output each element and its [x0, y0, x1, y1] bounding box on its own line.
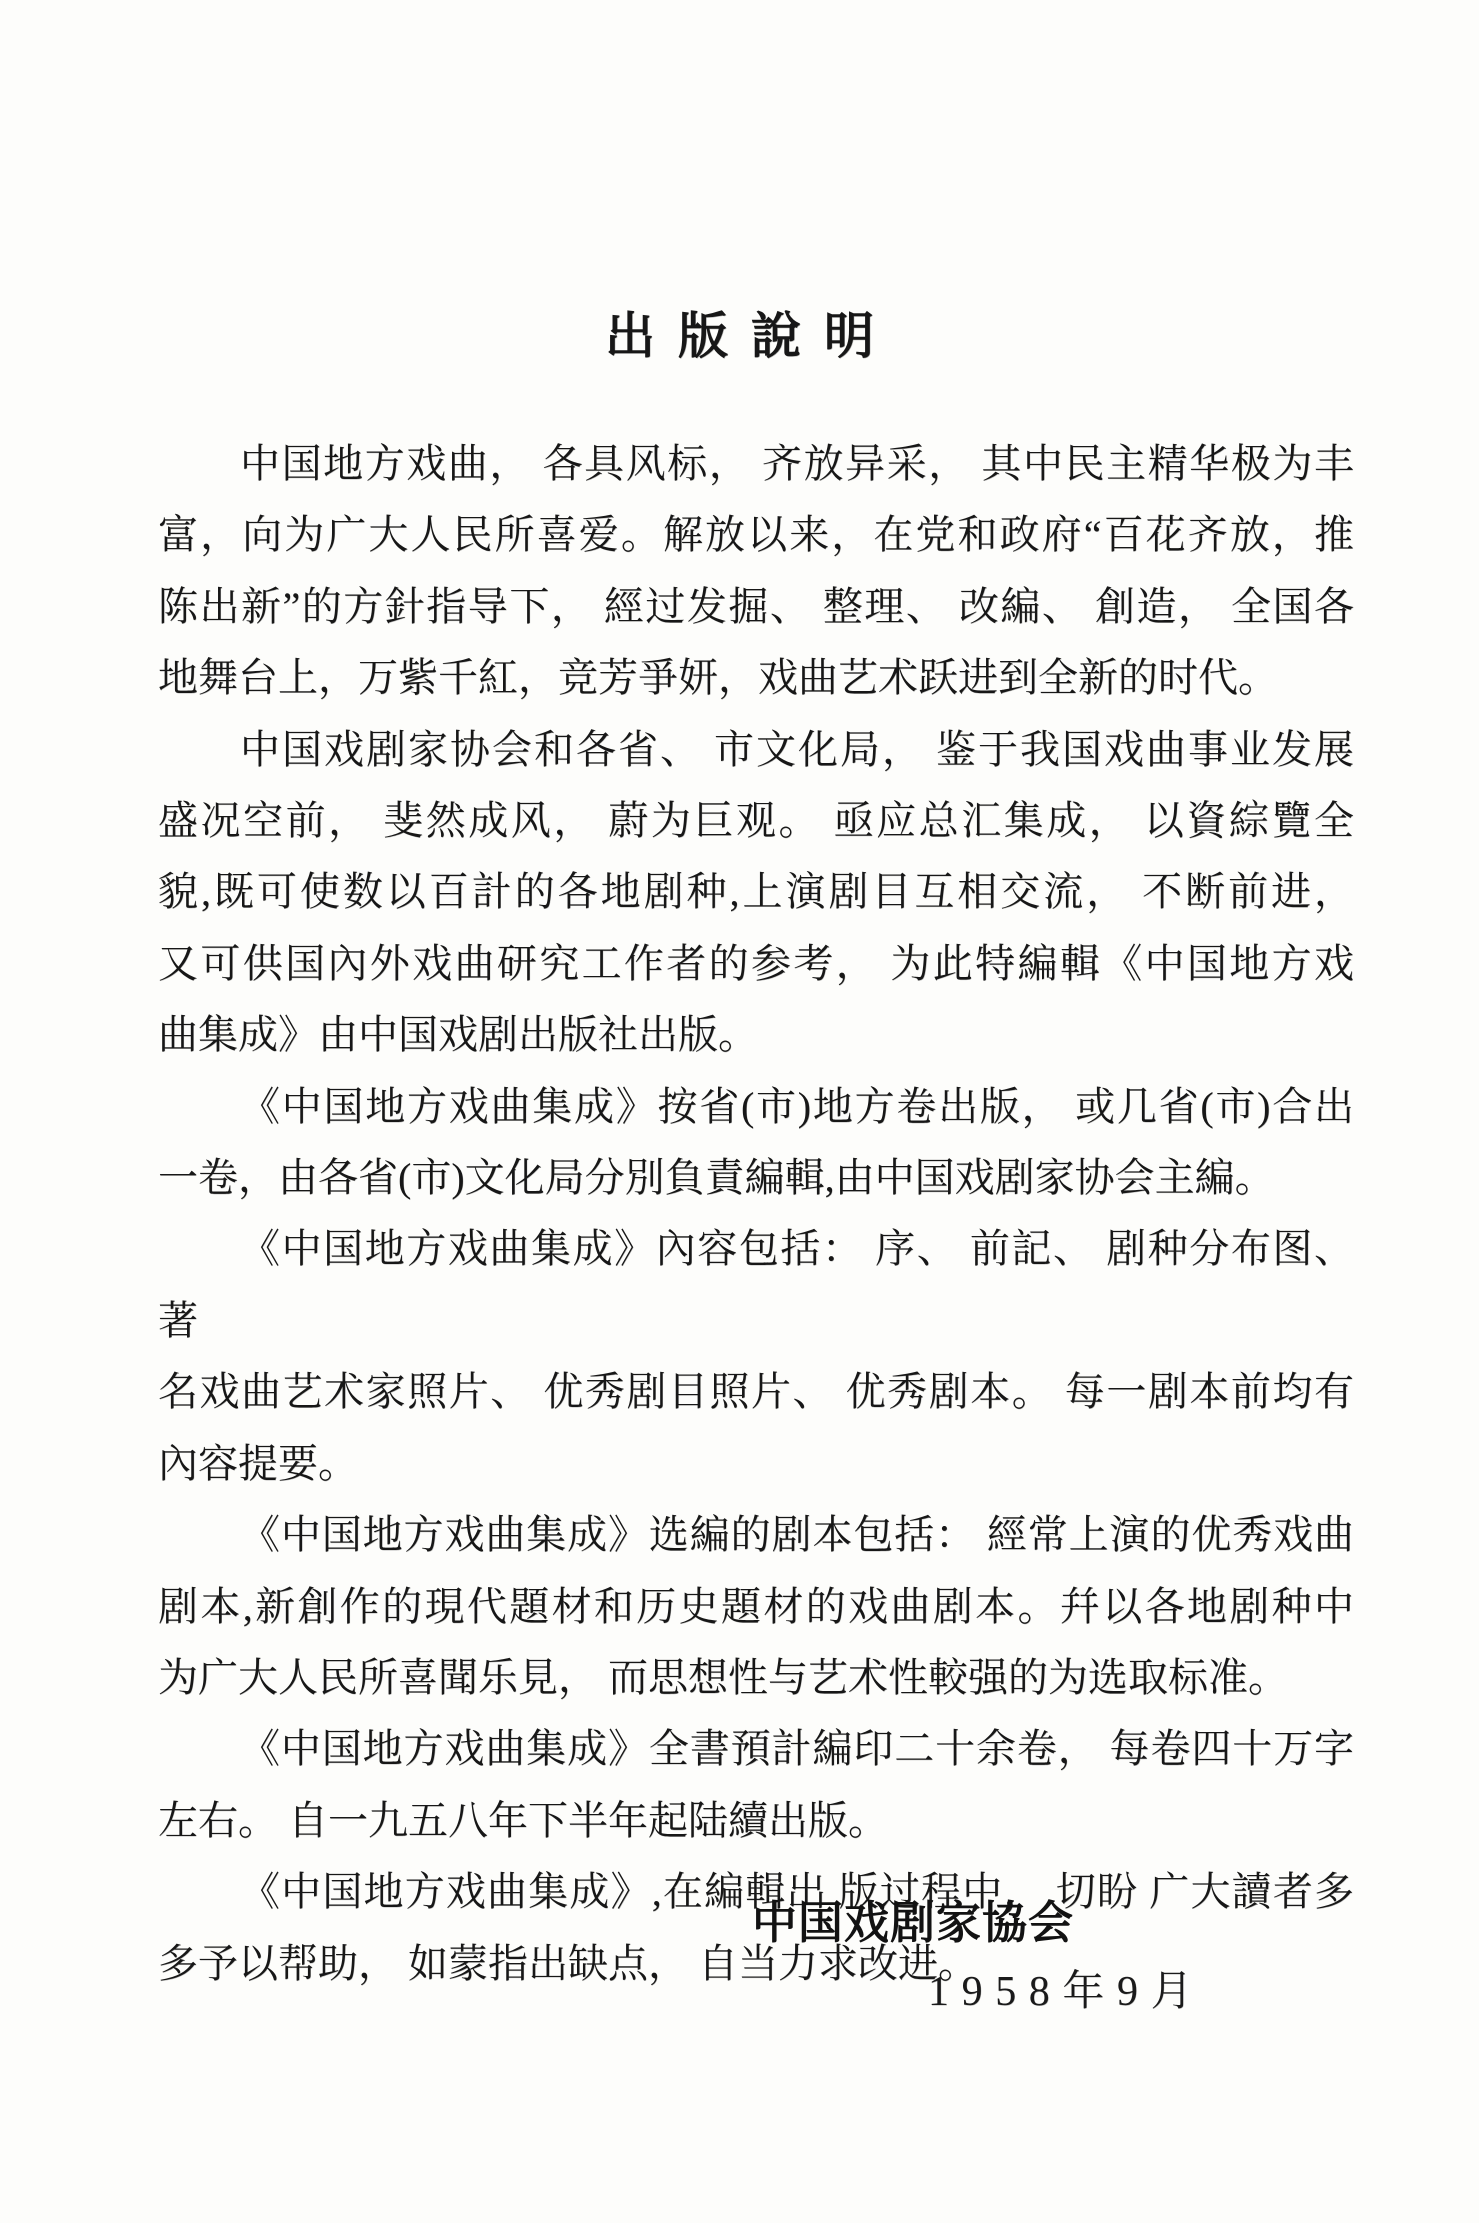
body-text: 中国地方戏曲， 各具风标， 齐放异采， 其中民主精华极为丰 富，向为广大人民所喜… [158, 428, 1354, 1999]
text-line: 地舞台上，万紫千紅，竞芳爭妍，戏曲艺术跃进到全新的时代。 [158, 642, 1354, 713]
text-line: 为广大人民所喜聞乐見， 而思想性与艺术性較强的为选取标准。 [158, 1642, 1354, 1713]
paragraph-3: 《中国地方戏曲集成》按省(市)地方卷出版， 或几省(市)合出 一卷，由各省(市)… [158, 1071, 1354, 1214]
page-title: 出版說明 [0, 296, 1479, 368]
text-line: 名戏曲艺术家照片、 优秀剧目照片、 优秀剧本。 每一剧本前均有 [158, 1356, 1354, 1427]
paragraph-5: 《中国地方戏曲集成》选編的剧本包括： 經常上演的优秀戏曲 剧本,新創作的現代題材… [158, 1499, 1354, 1713]
text-line: 盛况空前， 斐然成风， 蔚为巨观。 亟应总汇集成， 以資綜覽全 [158, 785, 1354, 856]
text-line: 《中国地方戏曲集成》全書預計編印二十余卷， 每卷四十万字 [158, 1713, 1354, 1784]
text-line: 中国戏剧家协会和各省、 市文化局， 鉴于我国戏曲事业发展 [158, 714, 1354, 785]
document-page: 出版說明 中国地方戏曲， 各具风标， 齐放异采， 其中民主精华极为丰 富，向为广… [0, 0, 1479, 2223]
publication-date: 1958年9月 [928, 1958, 1205, 2018]
text-line: 又可供国內外戏曲研究工作者的参考， 为此特編輯《中国地方戏 [158, 928, 1354, 999]
text-line: 陈出新”的方針指导下， 經过发掘、 整理、 改編、 創造， 全国各 [158, 571, 1354, 642]
text-line: 一卷，由各省(市)文化局分別負責編輯,由中国戏剧家协会主編。 [158, 1142, 1354, 1213]
text-line: 左右。 自一九五八年下半年起陆續出版。 [158, 1785, 1354, 1856]
text-line: 《中国地方戏曲集成》选編的剧本包括： 經常上演的优秀戏曲 [158, 1499, 1354, 1570]
text-line: 中国地方戏曲， 各具风标， 齐放异采， 其中民主精华极为丰 [158, 428, 1354, 499]
text-line: 《中国地方戏曲集成》按省(市)地方卷出版， 或几省(市)合出 [158, 1071, 1354, 1142]
text-line: 剧本,新創作的現代題材和历史題材的戏曲剧本。幷以各地剧种中 [158, 1571, 1354, 1642]
paragraph-1: 中国地方戏曲， 各具风标， 齐放异采， 其中民主精华极为丰 富，向为广大人民所喜… [158, 428, 1354, 714]
text-line: 貌,既可使数以百計的各地剧种,上演剧目互相交流， 不断前进， [158, 856, 1354, 927]
paragraph-6: 《中国地方戏曲集成》全書預計編印二十余卷， 每卷四十万字 左右。 自一九五八年下… [158, 1713, 1354, 1856]
text-line: 曲集成》由中国戏剧出版社出版。 [158, 999, 1354, 1070]
paragraph-2: 中国戏剧家协会和各省、 市文化局， 鉴于我国戏曲事业发展 盛况空前， 斐然成风，… [158, 714, 1354, 1071]
text-line: 內容提要。 [158, 1428, 1354, 1499]
paragraph-4: 《中国地方戏曲集成》內容包括： 序、 前記、 剧种分布图、 著 名戏曲艺术家照片… [158, 1213, 1354, 1499]
text-line: 富，向为广大人民所喜爱。解放以来，在党和政府“百花齐放，推 [158, 499, 1354, 570]
text-line: 《中国地方戏曲集成》內容包括： 序、 前記、 剧种分布图、 著 [158, 1213, 1354, 1356]
signature: 中国戏剧家協会 [752, 1886, 1074, 1951]
